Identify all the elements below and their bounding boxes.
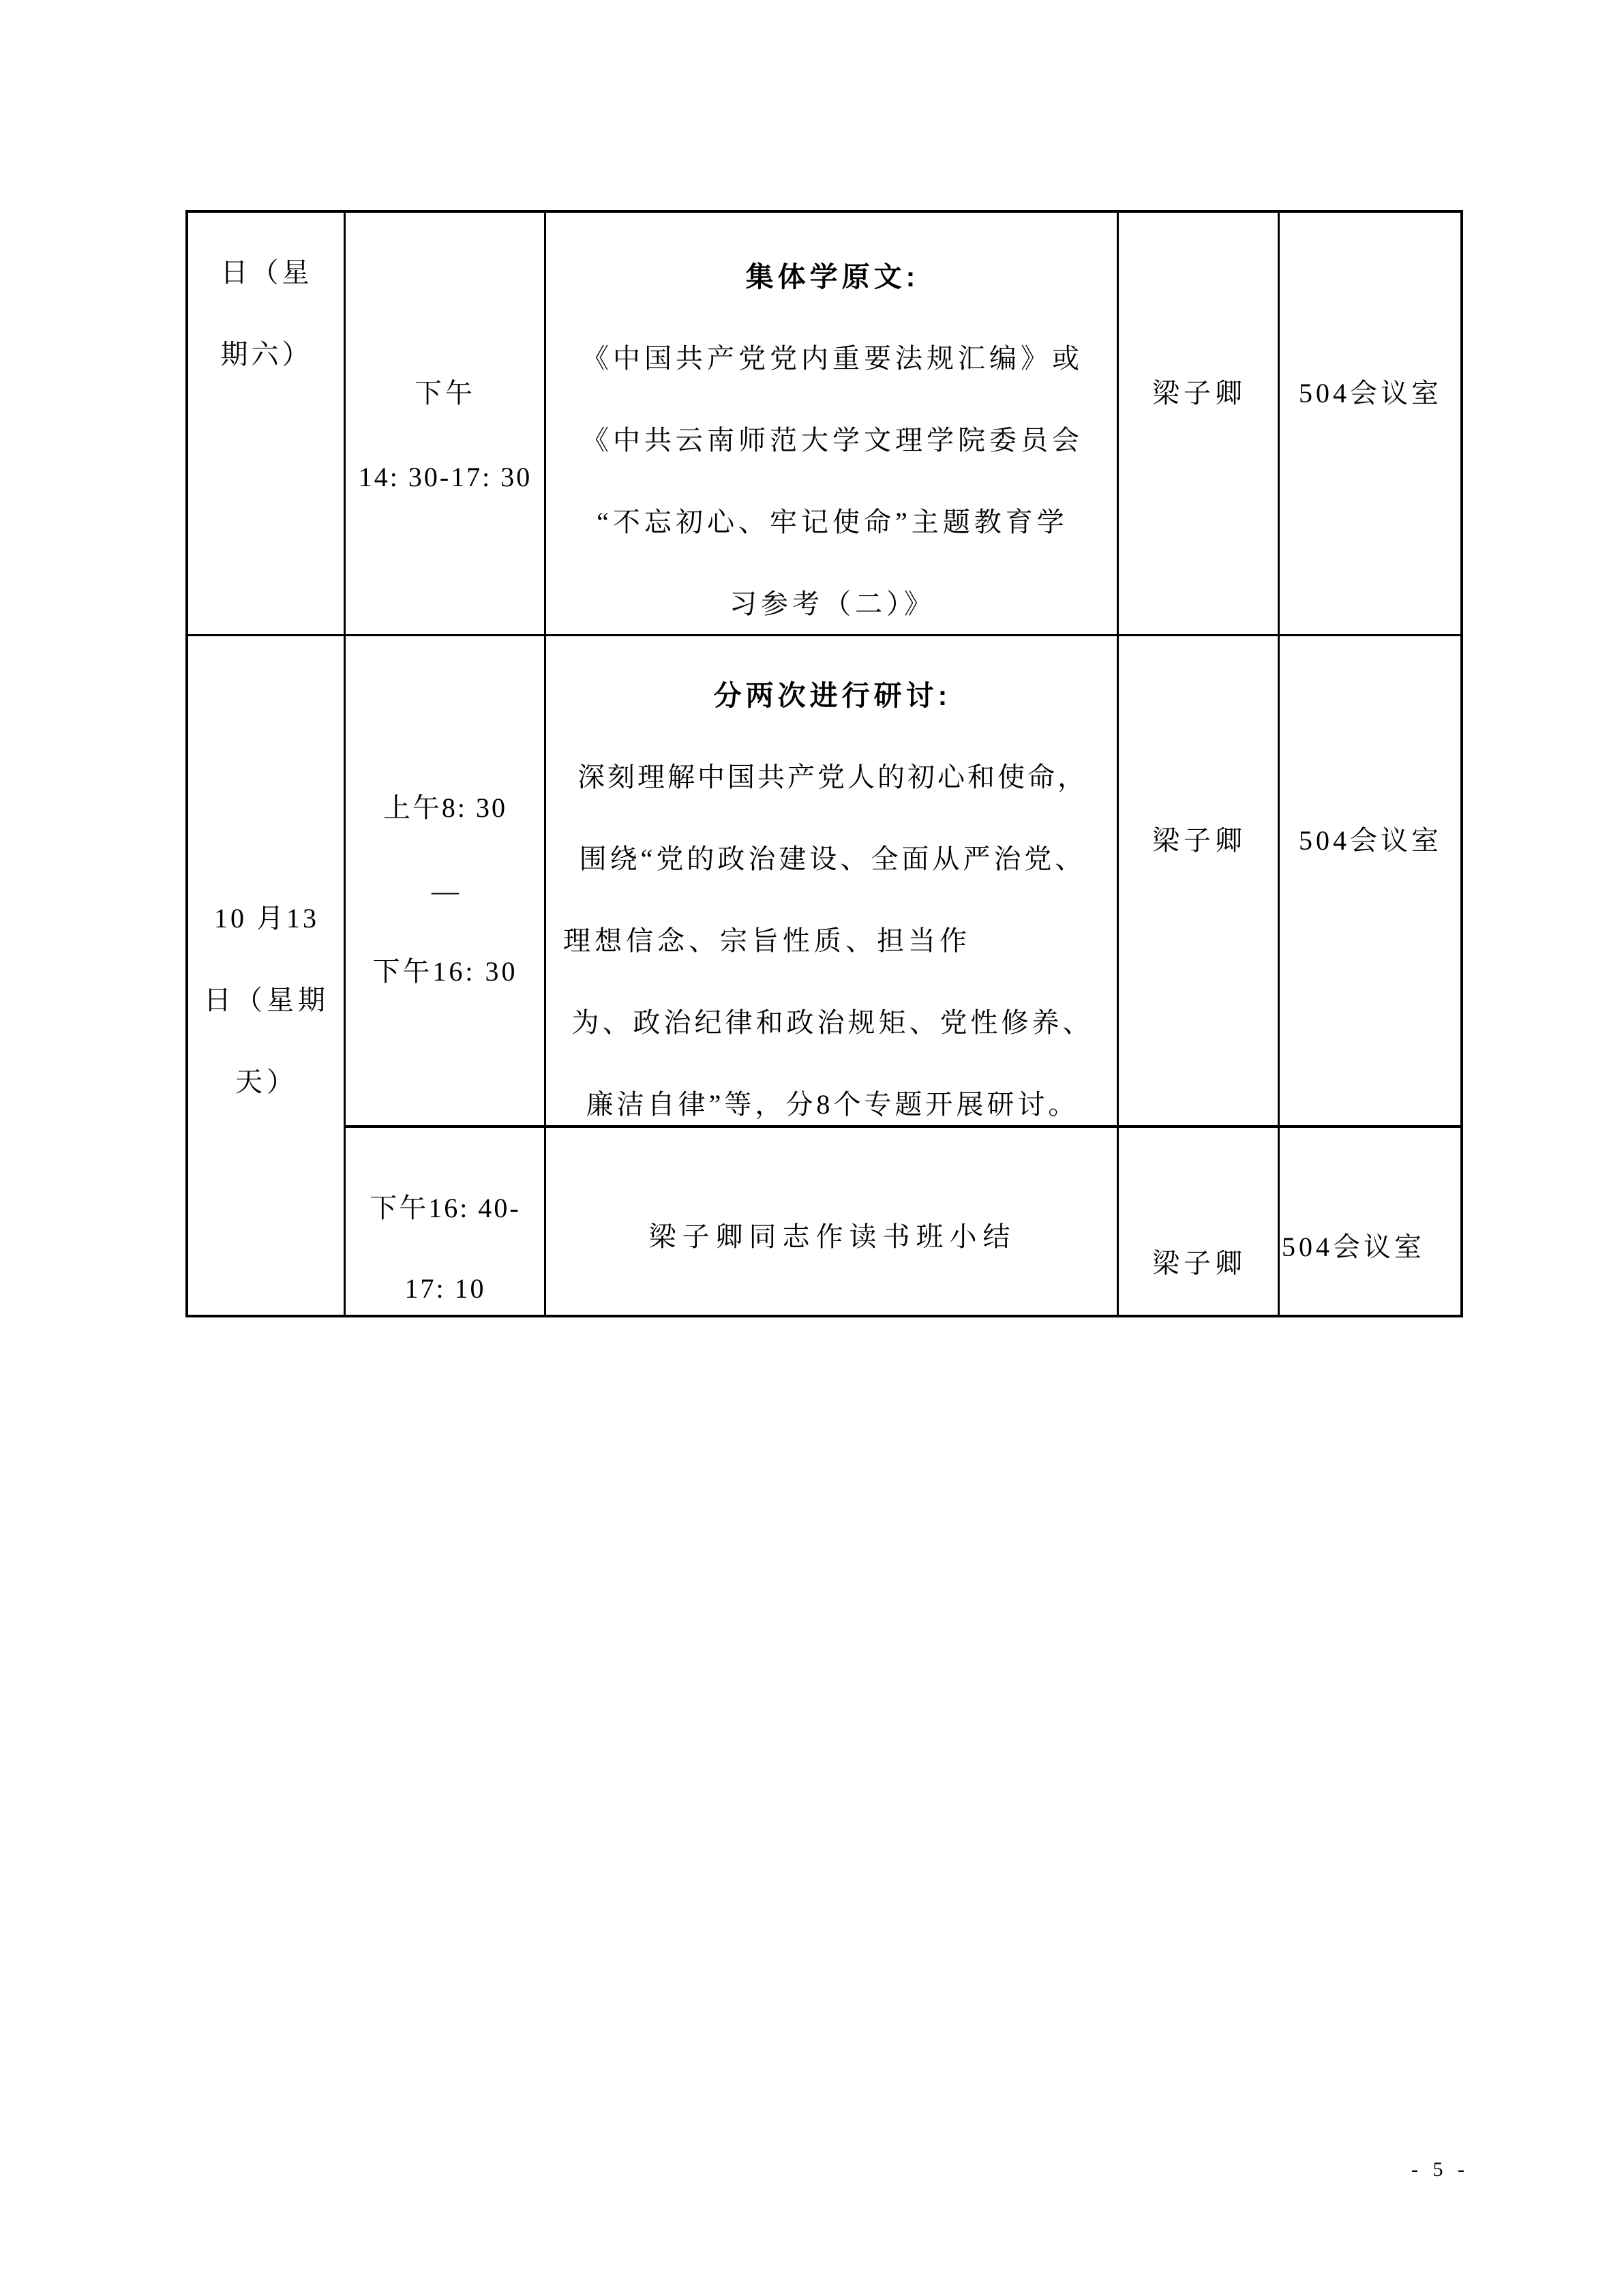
schedule-table: 日（星 期六） 下午 14: 30-17: 30 集体学原文: 《中国共产党党内… xyxy=(185,210,1463,1317)
r3-host: 梁子卿 xyxy=(1119,1223,1279,1304)
r1-activity-title: 集体学原文: xyxy=(547,236,1118,318)
r1-time-line-2: 14: 30-17: 30 xyxy=(346,436,544,518)
document-page: 日（星 期六） 下午 14: 30-17: 30 集体学原文: 《中国共产党党内… xyxy=(0,0,1624,2296)
r2-date-line-2: 日（星期 xyxy=(188,959,345,1041)
r1-location: 504会议室 xyxy=(1280,353,1460,434)
r2-date-line-1: 10 月13 xyxy=(188,878,345,959)
page-number: - 5 - xyxy=(1391,2155,1486,2185)
r1-date-line-2: 期六） xyxy=(188,314,345,396)
r2-activity-line-2: 围绕“党的政治建设、全面从严治党、 xyxy=(547,818,1118,900)
r2-activity-line-4: 为、政治纪律和政治规矩、党性修养、 xyxy=(547,982,1118,1064)
r1-activity-line-2: 《中共云南师范大学文理学院委员会 xyxy=(547,400,1118,481)
r2-activity-line-5: 廉洁自律”等，分8个专题开展研讨。 xyxy=(547,1064,1118,1146)
r1-activity-line-1: 《中国共产党党内重要法规汇编》或 xyxy=(547,318,1118,400)
table-col-divider-2 xyxy=(544,213,546,1315)
r3-time-line-1: 下午16: 40- xyxy=(346,1167,544,1249)
r3-activity: 梁子卿同志作读书班小结 xyxy=(547,1196,1118,1278)
r2-location: 504会议室 xyxy=(1280,800,1460,882)
r2-time-line-1: 上午8: 30 xyxy=(346,767,544,849)
r3-location: 504会议室 xyxy=(1280,1206,1462,1288)
r1-activity-line-4: 习参考（二）》 xyxy=(547,563,1118,645)
r1-date-line-1: 日（星 xyxy=(188,232,345,314)
r2-time-line-2: 下午16: 30 xyxy=(346,931,544,1013)
r2-activity-line-1: 深刻理解中国共产党人的初心和使命， xyxy=(547,736,1118,818)
r1-activity-line-3: “不忘初心、牢记使命”主题教育学 xyxy=(547,481,1118,563)
r1-time-line-1: 下午 xyxy=(346,353,544,434)
r2-date-line-3: 天） xyxy=(188,1041,345,1123)
r2-time-dash: — xyxy=(346,850,544,932)
r2-host: 梁子卿 xyxy=(1119,800,1279,882)
r2-activity-line-3: 理想信念、宗旨性质、担当作 xyxy=(547,900,1134,982)
r2-activity-title: 分两次进行研讨: xyxy=(547,655,1118,736)
r1-host: 梁子卿 xyxy=(1119,353,1279,434)
r3-time-line-2: 17: 10 xyxy=(346,1248,544,1330)
